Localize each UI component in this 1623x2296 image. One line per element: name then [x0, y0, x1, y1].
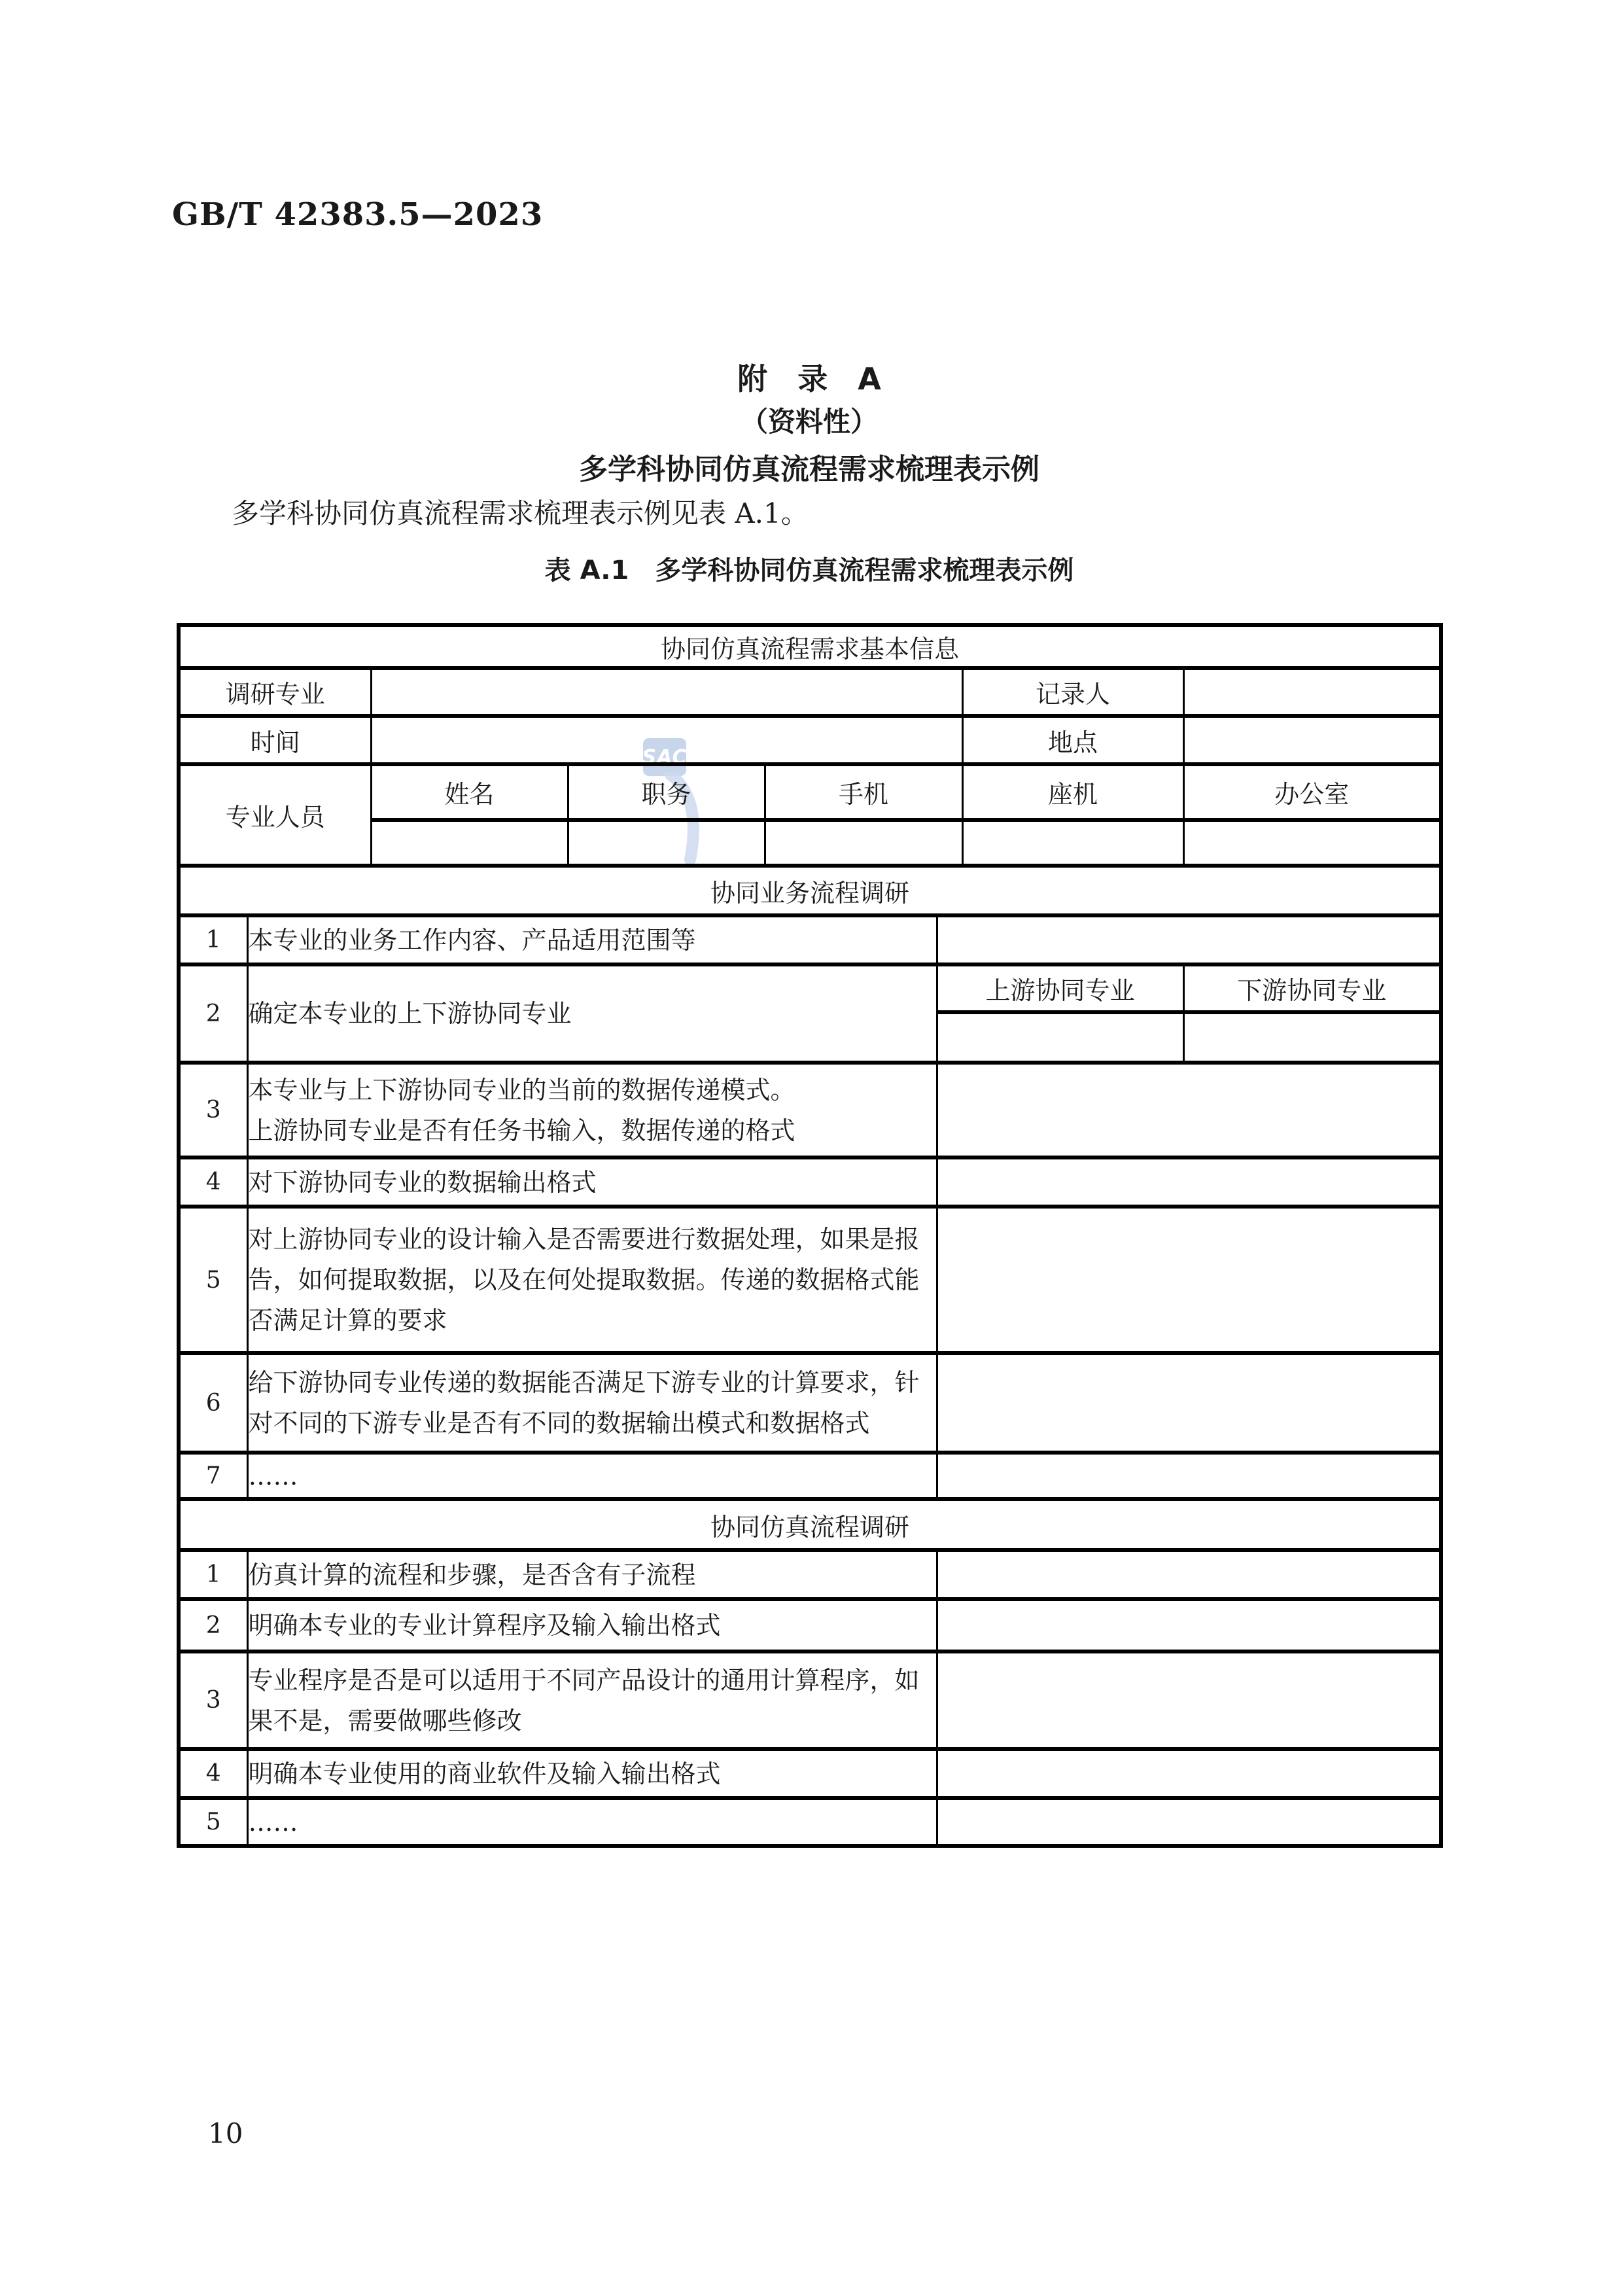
- business-row-answer: [937, 1157, 1441, 1207]
- appendix-classification: （资料性）: [177, 400, 1442, 440]
- value-location: [1183, 716, 1441, 764]
- page-number: 10: [208, 2117, 243, 2149]
- label-name: 姓名: [371, 764, 568, 820]
- business-row-question: 对下游协同专业的数据输出格式: [247, 1157, 937, 1207]
- value-name: [371, 820, 568, 866]
- simulation-row-answer: [937, 1798, 1441, 1846]
- simulation-row-no: 5: [179, 1798, 247, 1846]
- simulation-row-no: 4: [179, 1749, 247, 1798]
- business-row-question: 确定本专业的上下游协同专业: [247, 964, 937, 1063]
- value-time: [371, 716, 962, 764]
- simulation-row-question: ……: [247, 1798, 937, 1846]
- value-mobile: [765, 820, 962, 866]
- label-office: 办公室: [1183, 764, 1441, 820]
- document-page: GB/T 42383.5—2023 附 录 A （资料性） 多学科协同仿真流程需…: [0, 0, 1623, 2296]
- value-recorder: [1183, 668, 1441, 716]
- business-row-answer: [937, 1453, 1441, 1499]
- simulation-row-no: 3: [179, 1651, 247, 1749]
- label-position: 职务: [568, 764, 765, 820]
- simulation-row-no: 1: [179, 1550, 247, 1599]
- simulation-row-no: 2: [179, 1599, 247, 1651]
- simulation-row-answer: [937, 1599, 1441, 1651]
- business-row-question: 对上游协同专业的设计输入是否需要进行数据处理，如果是报 告，如何提取数据，以及在…: [247, 1207, 937, 1353]
- business-row-no: 4: [179, 1157, 247, 1207]
- business-row-no: 2: [179, 964, 247, 1063]
- business-row-answer: [937, 1207, 1441, 1353]
- simulation-section-header: 协同仿真流程调研: [179, 1499, 1441, 1550]
- business-row-question: 给下游协同专业传递的数据能否满足下游专业的计算要求，针 对不同的下游专业是否有不…: [247, 1353, 937, 1453]
- simulation-row-answer: [937, 1749, 1441, 1798]
- business-row-question: 本专业与上下游协同专业的当前的数据传递模式。 上游协同专业是否有任务书输入，数据…: [247, 1063, 937, 1157]
- label-upstream-discipline: 上游协同专业: [937, 964, 1183, 1012]
- label-personnel: 专业人员: [179, 764, 371, 866]
- label-landline: 座机: [962, 764, 1183, 820]
- label-surveyed-discipline: 调研专业: [179, 668, 371, 716]
- value-upstream-discipline: [937, 1012, 1183, 1063]
- value-landline: [962, 820, 1183, 866]
- label-recorder: 记录人: [962, 668, 1183, 716]
- business-row-no: 5: [179, 1207, 247, 1353]
- value-office: [1183, 820, 1441, 866]
- business-row-answer: [937, 1353, 1441, 1453]
- standard-code: GB/T 42383.5—2023: [172, 196, 543, 233]
- business-row-question: 本专业的业务工作内容、产品适用范围等: [247, 915, 937, 964]
- value-surveyed-discipline: [371, 668, 962, 716]
- business-row-answer: [937, 1063, 1441, 1157]
- simulation-row-question: 明确本专业使用的商业软件及输入输出格式: [247, 1749, 937, 1798]
- business-row-no: 3: [179, 1063, 247, 1157]
- requirement-survey-table: 协同仿真流程需求基本信息 调研专业 记录人 时间 地点 专业人员 姓名 职务 手…: [177, 623, 1443, 1848]
- value-downstream-discipline: [1183, 1012, 1441, 1063]
- label-time: 时间: [179, 716, 371, 764]
- appendix-heading: 多学科协同仿真流程需求梳理表示例: [177, 446, 1442, 487]
- simulation-row-question: 专业程序是否是可以适用于不同产品设计的通用计算程序，如 果不是，需要做哪些修改: [247, 1651, 937, 1749]
- intro-paragraph: 多学科协同仿真流程需求梳理表示例见表 A.1。: [177, 492, 1442, 531]
- simulation-row-answer: [937, 1651, 1441, 1749]
- business-row-question: ……: [247, 1453, 937, 1499]
- business-row-no: 1: [179, 915, 247, 964]
- business-row-answer: [937, 915, 1441, 964]
- business-row-no: 6: [179, 1353, 247, 1453]
- table-caption: 表 A.1 多学科协同仿真流程需求梳理表示例: [177, 550, 1442, 587]
- simulation-row-question: 明确本专业的专业计算程序及输入输出格式: [247, 1599, 937, 1651]
- simulation-row-question: 仿真计算的流程和步骤，是否含有子流程: [247, 1550, 937, 1599]
- label-location: 地点: [962, 716, 1183, 764]
- appendix-title: 附 录 A: [177, 355, 1442, 398]
- business-section-header: 协同业务流程调研: [179, 866, 1441, 915]
- business-row-no: 7: [179, 1453, 247, 1499]
- basic-info-header: 协同仿真流程需求基本信息: [179, 625, 1441, 668]
- label-mobile: 手机: [765, 764, 962, 820]
- simulation-row-answer: [937, 1550, 1441, 1599]
- value-position: [568, 820, 765, 866]
- label-downstream-discipline: 下游协同专业: [1183, 964, 1441, 1012]
